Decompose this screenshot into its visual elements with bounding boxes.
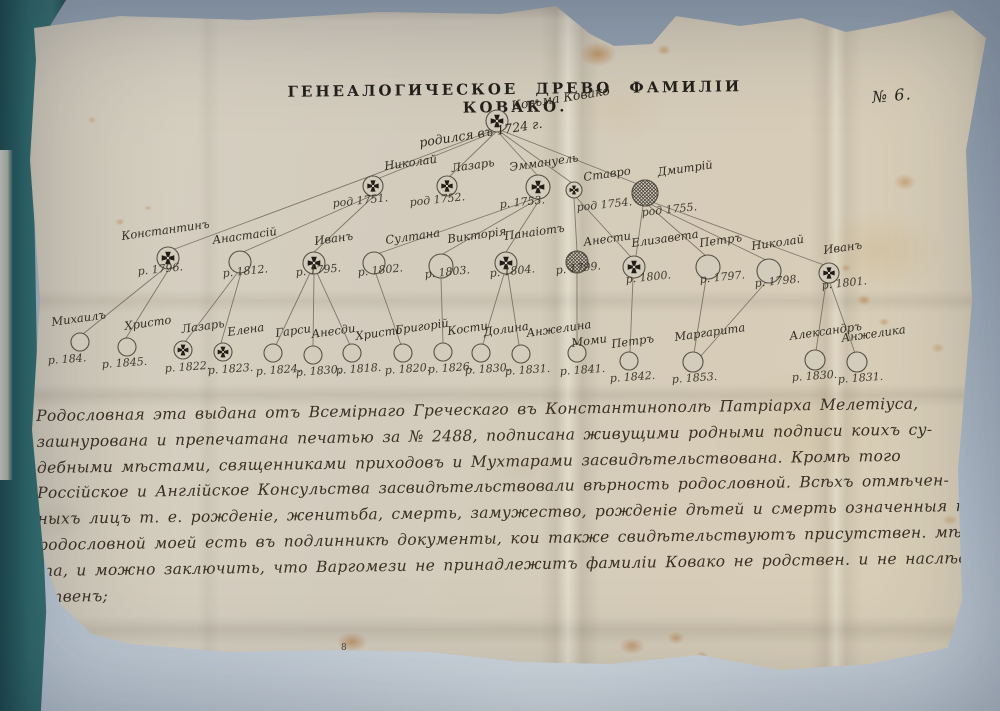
node-name-label: Анесди bbox=[309, 321, 356, 341]
node-name-label: Елена bbox=[225, 320, 265, 339]
node-name-label: Николай bbox=[749, 232, 804, 253]
node-name-label: Гарси bbox=[273, 321, 311, 340]
document-paper: ГЕНЕАЛОГИЧЕСКОЕ ДРЕВО ФАМИЛIИ КОВАКО. № … bbox=[0, 0, 1000, 711]
node-year-label: р. 1799. bbox=[555, 259, 602, 277]
node-name-label: Петръ bbox=[609, 331, 655, 351]
node-name-label: Долина bbox=[481, 319, 529, 339]
node-note-label: родился въ 1724 г. bbox=[418, 116, 543, 150]
tree-node bbox=[214, 343, 232, 361]
node-year-label: р. 1842. bbox=[609, 369, 655, 385]
node-year-label: род 1754. bbox=[576, 195, 633, 214]
tree-node bbox=[620, 352, 638, 370]
hatched-circle-icon bbox=[632, 180, 658, 206]
tree-node bbox=[304, 346, 322, 364]
node-year-label: р. 1841. bbox=[559, 362, 605, 378]
node-name-label: Лазарь bbox=[449, 155, 495, 175]
node-name-label: Султана bbox=[384, 225, 441, 247]
tree-node bbox=[118, 338, 136, 356]
node-year-label: р. 1831. bbox=[504, 362, 550, 378]
node-name-label: Михаилъ bbox=[49, 307, 107, 329]
manuscript-text: Родословная эта выдана отъ Всемiрнаго Гр… bbox=[36, 392, 929, 611]
tree-node bbox=[434, 343, 452, 361]
node-name-label: Николай bbox=[382, 152, 437, 173]
node-year-label: р. 1820. bbox=[384, 361, 430, 377]
page-edges bbox=[0, 150, 13, 480]
tree-node bbox=[174, 341, 192, 359]
node-name-label: Иванъ bbox=[312, 229, 354, 248]
node-name-label: Викторiя bbox=[445, 224, 507, 246]
node-year-label: р. 1823. bbox=[207, 361, 253, 377]
node-name-label: Моми bbox=[569, 331, 607, 350]
tree-node bbox=[632, 180, 658, 206]
node-name-label: Анести bbox=[581, 228, 631, 249]
node-name-label: Лазарь bbox=[179, 316, 225, 336]
node-year-label: р. 184. bbox=[47, 351, 86, 367]
node-year-label: р. 1822. bbox=[164, 359, 210, 375]
tree-node bbox=[394, 344, 412, 362]
node-name-label: Иванъ bbox=[821, 238, 863, 257]
node-name-label: Константинъ bbox=[119, 217, 210, 243]
node-year-label: р. 1830. bbox=[791, 368, 837, 384]
node-year-label: р. 1796. bbox=[137, 260, 184, 278]
node-year-label: р. 1795. bbox=[295, 261, 342, 279]
tree-node bbox=[683, 352, 703, 372]
node-year-label: род 1752. bbox=[409, 190, 466, 209]
node-name-label: Маргарита bbox=[672, 320, 746, 344]
tree-node bbox=[264, 344, 282, 362]
node-name-label: Козьма Ковако bbox=[509, 83, 611, 114]
tree-node bbox=[343, 344, 361, 362]
tree-node bbox=[847, 352, 867, 372]
node-name-label: Дмитрiй bbox=[655, 157, 713, 179]
tree-node bbox=[472, 344, 490, 362]
node-year-label: р. 1753. bbox=[499, 193, 546, 211]
node-year-label: род 1751. bbox=[332, 191, 389, 210]
tree-node bbox=[512, 345, 530, 363]
node-year-label: р. 1853. bbox=[671, 370, 717, 386]
node-name-label: Панаiотъ bbox=[502, 221, 565, 243]
tree-node bbox=[71, 333, 89, 351]
node-name-label: Григорiй bbox=[393, 316, 449, 337]
node-year-label: р. 1831. bbox=[837, 370, 883, 386]
tree-node bbox=[566, 182, 582, 198]
tree-node bbox=[805, 350, 825, 370]
node-name-label: Эммануель bbox=[508, 150, 579, 174]
node-year-label: р. 1845. bbox=[101, 355, 147, 371]
photo-of-document: ГЕНЕАЛОГИЧЕСКОЕ ДРЕВО ФАМИЛIИ КОВАКО. № … bbox=[0, 0, 1000, 711]
node-year-label: р. 1818. bbox=[335, 361, 381, 377]
node-name-label: Петръ bbox=[697, 230, 743, 250]
node-name-label: Христо bbox=[122, 313, 172, 334]
node-name-label: Анастасiй bbox=[210, 224, 277, 247]
node-name-label: Ставро bbox=[582, 163, 631, 183]
